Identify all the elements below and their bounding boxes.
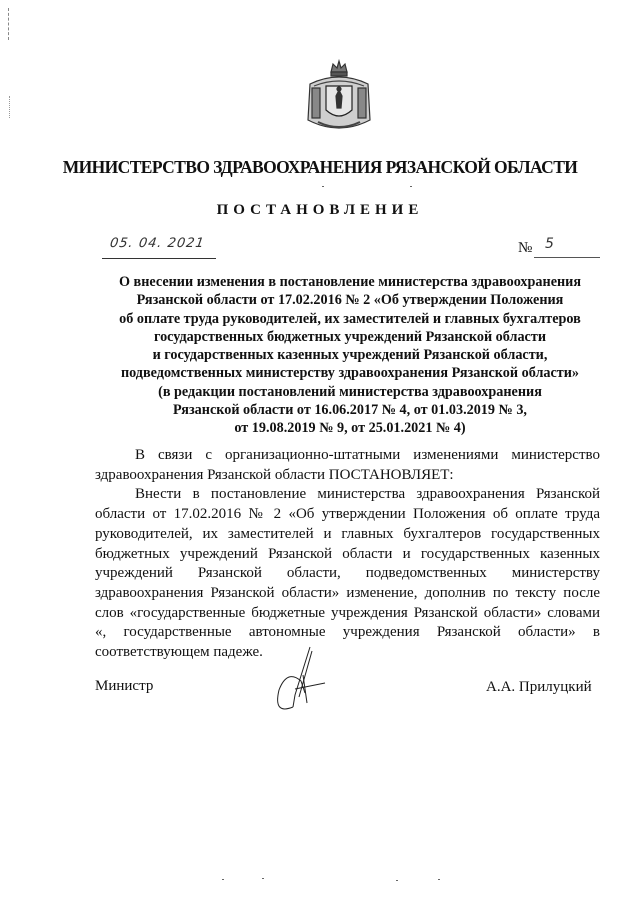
scan-speck	[438, 879, 440, 880]
scan-speck	[262, 878, 264, 879]
signatory-name: А.А. Прилуцкий	[486, 679, 592, 696]
scan-speck	[410, 186, 412, 187]
title-line: (в редакции постановлений министерства з…	[90, 383, 610, 401]
document-body: В связи с организационно-штатными измене…	[95, 446, 600, 663]
title-line: Рязанской области от 16.06.2017 № 4, от …	[90, 401, 610, 419]
title-line: государственных бюджетных учреждений Ряз…	[90, 328, 610, 346]
scan-speck	[396, 880, 398, 881]
signatory-role: Министр	[95, 678, 153, 695]
title-line: об оплате труда руководителей, их замест…	[90, 310, 610, 328]
document-type: ПОСТАНОВЛЕНИЕ	[0, 202, 640, 219]
scan-speck	[322, 186, 324, 187]
document-page: МИНИСТЕРСТВО ЗДРАВООХРАНЕНИЯ РЯЗАНСКОЙ О…	[0, 0, 640, 905]
document-number: 5	[545, 236, 554, 252]
scan-margin-mark	[9, 96, 12, 118]
title-line: и государственных казенных учреждений Ря…	[90, 346, 610, 364]
title-line: подведомственных министерству здравоохра…	[90, 364, 610, 382]
coat-of-arms-icon	[304, 58, 374, 136]
number-underline	[534, 257, 600, 258]
document-date: 05. 04. 2021	[109, 236, 206, 251]
number-label: №	[518, 240, 532, 257]
title-line: О внесении изменения в постановление мин…	[90, 273, 610, 291]
scan-margin-mark	[8, 8, 12, 40]
ministry-name: МИНИСТЕРСТВО ЗДРАВООХРАНЕНИЯ РЯЗАНСКОЙ О…	[0, 157, 640, 178]
body-paragraph: В связи с организационно-штатными измене…	[95, 446, 600, 485]
signature-icon	[265, 645, 355, 715]
body-paragraph: Внести в постановление министерства здра…	[95, 485, 600, 662]
document-title: О внесении изменения в постановление мин…	[90, 273, 610, 438]
title-line: Рязанской области от 17.02.2016 № 2 «Об …	[90, 291, 610, 309]
scan-speck	[222, 879, 224, 880]
title-line: от 19.08.2019 № 9, от 25.01.2021 № 4)	[90, 419, 610, 437]
